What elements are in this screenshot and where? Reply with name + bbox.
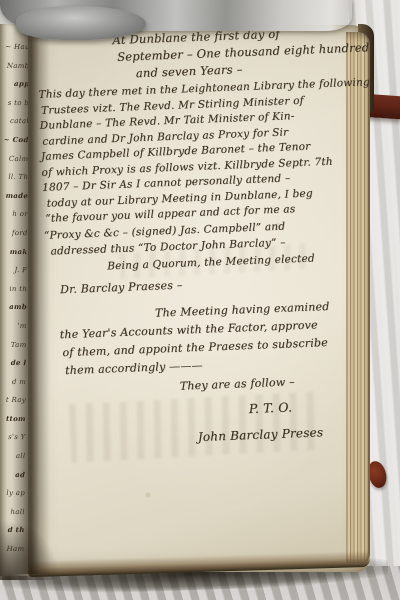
left-page-fragment: amb: [0, 298, 27, 317]
left-page-fragment: d th: [0, 521, 25, 540]
left-page-fragment: d m: [0, 373, 26, 392]
left-page-fragment: Calm: [1, 149, 28, 168]
left-page-fragment: all: [0, 447, 25, 466]
manuscript-line: P. T. O.: [51, 395, 373, 425]
left-page-fragment: mak: [0, 242, 27, 261]
left-page-fragment: 'm: [0, 317, 27, 336]
left-page-fragment: made: [1, 187, 28, 206]
left-page-fragment: s to b: [2, 94, 29, 113]
manuscript-photograph: ~ HauNambapps to bcatal~ CodCalmll. Thma…: [0, 0, 400, 600]
left-page-fragment: hall: [0, 503, 25, 522]
left-page-fragment: de l: [0, 354, 26, 373]
left-page-fragment: app: [2, 75, 29, 94]
left-page-fragment: ~ Hau: [3, 38, 30, 57]
left-page-fragment: ad: [0, 465, 25, 484]
left-page-fragment: Tam: [0, 335, 27, 354]
left-page-fragment: in th: [0, 280, 27, 299]
left-page-fragment: J. F: [0, 261, 27, 280]
left-page-fragment: catal: [2, 112, 29, 131]
left-page-fragment: Namb: [2, 56, 29, 75]
manuscript-text: At Dunblane the first day ofSeptember – …: [36, 16, 374, 452]
left-page-text-fragments: ~ HauNambapps to bcatal~ CodCalmll. Thma…: [0, 38, 32, 568]
left-page-fragment: ly ap: [0, 484, 25, 503]
left-page-fragment: ~ Cod: [2, 131, 29, 150]
fabric-fold: [16, 6, 146, 40]
left-page-fragment: h or: [1, 205, 28, 224]
left-page-fragment: ll. Th: [1, 168, 28, 187]
left-page-fragment: t Ray: [0, 391, 26, 410]
left-page-fragment: Ham: [0, 540, 25, 559]
left-page-fragment: ford: [1, 224, 28, 243]
left-page-fragment: s's Y: [0, 428, 26, 447]
left-page-fragment: ttom: [0, 410, 26, 429]
